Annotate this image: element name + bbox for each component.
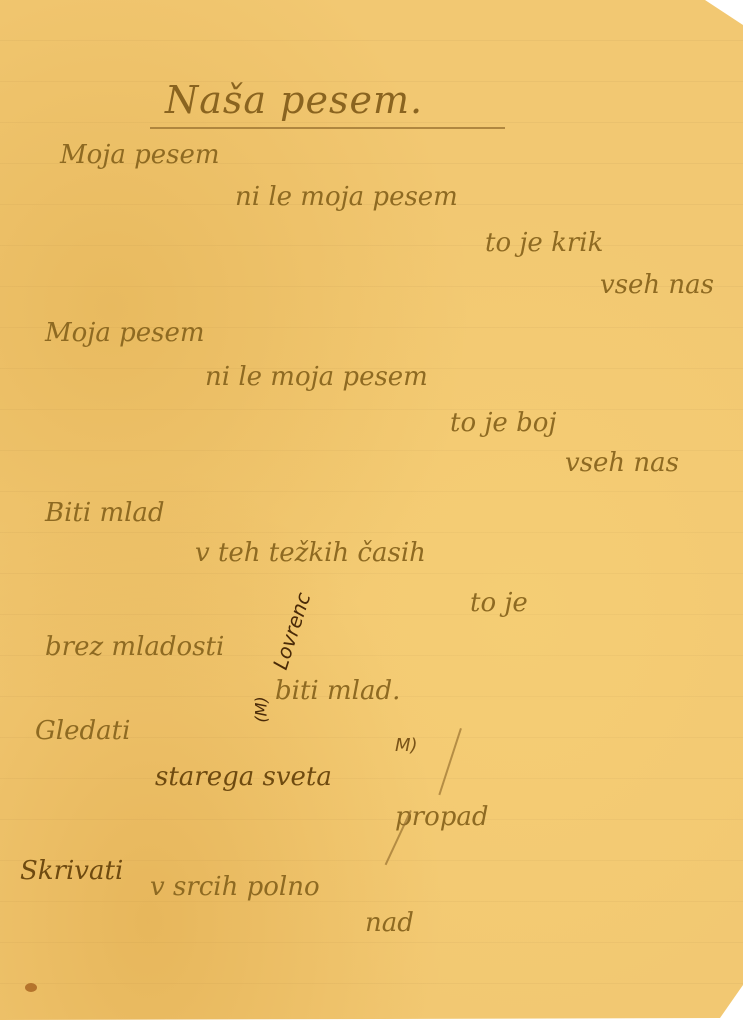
poem-line: propad (395, 802, 489, 832)
poem-line: Moja pesem (45, 318, 205, 348)
margin-mark: M) (395, 735, 418, 756)
poem-line: Skrivati (20, 856, 123, 886)
ink-stain (25, 983, 37, 992)
poem-line: ni le moja pesem (205, 362, 428, 392)
title-underline (150, 127, 505, 129)
poem-line: starega sveta (155, 762, 332, 792)
poem-line: Moja pesem (60, 140, 220, 170)
poem-line: Biti mlad (45, 498, 165, 528)
poem-line: to je (470, 588, 528, 618)
poem-title: Naša pesem. (165, 78, 423, 122)
poem-line: v srcih polno (150, 872, 320, 902)
poem-line: nad (365, 908, 414, 938)
poem-line: v teh težkih časih (195, 538, 426, 568)
poem-line: brez mladosti (45, 632, 224, 662)
poem-line: biti mlad. (275, 676, 400, 706)
poem-line: Gledati (35, 716, 130, 746)
margin-mark: (M) (252, 696, 271, 722)
poem-line: to je krik (485, 228, 603, 258)
poem-line: vseh nas (600, 270, 714, 300)
poem-line: to je boj (450, 408, 556, 438)
poem-line: ni le moja pesem (235, 182, 458, 212)
poem-line: vseh nas (565, 448, 679, 478)
